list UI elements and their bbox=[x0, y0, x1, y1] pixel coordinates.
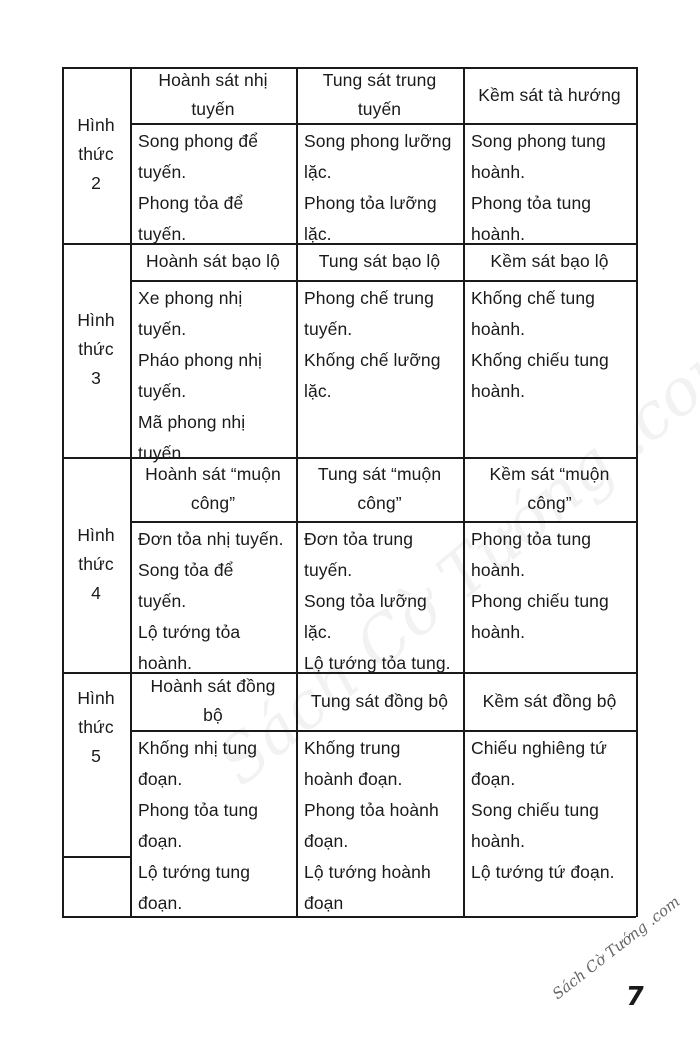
body-cell: Phong tỏa tunghoành.Phong chiếu tunghoàn… bbox=[463, 523, 636, 648]
cell-line: Kềm sát đồng bộ bbox=[483, 687, 617, 716]
cell-line: thức bbox=[62, 140, 130, 169]
cell-line: Phong tỏa hoành bbox=[304, 795, 463, 826]
strategy-table: Hìnhthức2Hoành sát nhịtuyếnTung sát trun… bbox=[62, 67, 636, 916]
header-text: Kềm sát tà hướng bbox=[478, 81, 621, 110]
body-cell: Khống trunghoành đoạn.Phong tỏa hoànhđoạ… bbox=[296, 732, 463, 919]
body-cell: Song phong tunghoành.Phong tỏa tunghoành… bbox=[463, 125, 636, 250]
cell-line: đoạn bbox=[304, 888, 463, 919]
column-header: Tung sát “muộncông” bbox=[296, 457, 463, 521]
cell-line: tuyến bbox=[323, 95, 437, 124]
cell-line: Đơn tỏa trung bbox=[304, 524, 463, 555]
table-right-border bbox=[636, 67, 638, 917]
cell-line: Xe phong nhị bbox=[138, 283, 296, 314]
cell-line: thức bbox=[62, 335, 130, 364]
column-header: Tung sát đồng bộ bbox=[296, 672, 463, 730]
cell-line: Phong chế trung bbox=[304, 283, 463, 314]
cell-line: tuyến. bbox=[138, 314, 296, 345]
cell-line: Pháo phong nhị bbox=[138, 345, 296, 376]
cell-line: Tung sát bạo lộ bbox=[319, 247, 441, 276]
header-text: Kềm sát bạo lộ bbox=[490, 247, 608, 276]
cell-line: tuyến bbox=[158, 95, 267, 124]
cell-line: tuyến. bbox=[304, 314, 463, 345]
column-header: Kềm sát “muộncông” bbox=[463, 457, 636, 521]
cell-line: Tung sát đồng bộ bbox=[311, 687, 448, 716]
cell-line: hoành. bbox=[471, 555, 636, 586]
cell-line: 5 bbox=[62, 742, 130, 771]
label-split-line bbox=[62, 856, 130, 858]
cell-line: lặc. bbox=[304, 376, 463, 407]
cell-line: Phong chiếu tung bbox=[471, 586, 636, 617]
cell-line: tuyến. bbox=[304, 555, 463, 586]
cell-line: Song phong để bbox=[138, 126, 296, 157]
cell-line: công” bbox=[490, 489, 610, 518]
cell-line: tuyến. bbox=[138, 586, 296, 617]
cell-line: hoành. bbox=[471, 617, 636, 648]
header-text: Kềm sát “muộncông” bbox=[490, 460, 610, 518]
cell-line: Kềm sát tà hướng bbox=[478, 81, 621, 110]
cell-line: bộ bbox=[151, 701, 276, 730]
body-cell: Đơn tỏa trungtuyến.Song tỏa lưỡnglặc.Lộ … bbox=[296, 523, 463, 679]
cell-line: Kềm sát “muộn bbox=[490, 460, 610, 489]
cell-line: Song phong tung bbox=[471, 126, 636, 157]
cell-line: Hoành sát đồng bbox=[151, 672, 276, 701]
cell-line: thức bbox=[62, 713, 130, 742]
column-header: Kềm sát tà hướng bbox=[463, 67, 636, 123]
cell-line: 2 bbox=[62, 169, 130, 198]
body-cell: Xe phong nhịtuyến.Pháo phong nhịtuyến.Mã… bbox=[130, 282, 296, 469]
cell-line: Đơn tỏa nhị tuyến. bbox=[138, 524, 296, 555]
header-text: Tung sát “muộncông” bbox=[318, 460, 441, 518]
cell-line: đoạn. bbox=[304, 826, 463, 857]
body-cell: Song phong đểtuyến.Phong tỏa đểtuyến. bbox=[130, 125, 296, 250]
cell-line: hoành. bbox=[471, 826, 636, 857]
column-header: Kềm sát đồng bộ bbox=[463, 672, 636, 730]
cell-line: Khống nhị tung bbox=[138, 733, 296, 764]
column-header: Hoành sát đồngbộ bbox=[130, 672, 296, 730]
body-cell: Phong chế trungtuyến.Khống chế lưỡnglặc. bbox=[296, 282, 463, 407]
cell-line: Hình bbox=[62, 521, 130, 550]
cell-line: Hoành sát bạo lộ bbox=[146, 247, 280, 276]
cell-line: Lộ tướng tỏa bbox=[138, 617, 296, 648]
cell-line: Phong tỏa lưỡng bbox=[304, 188, 463, 219]
cell-line: Khống chế tung bbox=[471, 283, 636, 314]
cell-line: đoạn. bbox=[138, 764, 296, 795]
cell-line: lặc. bbox=[304, 157, 463, 188]
header-text: Tung sát đồng bộ bbox=[311, 687, 448, 716]
cell-line: Hình bbox=[62, 111, 130, 140]
column-header: Hoành sát nhịtuyến bbox=[130, 67, 296, 123]
cell-line: Hoành sát “muộn bbox=[145, 460, 281, 489]
cell-line: Tung sát trung bbox=[323, 66, 437, 95]
section-label: Hìnhthức5 bbox=[62, 684, 130, 771]
cell-line: công” bbox=[145, 489, 281, 518]
cell-line: Song phong lưỡng bbox=[304, 126, 463, 157]
header-text: Hoành sát “muộncông” bbox=[145, 460, 281, 518]
cell-line: Mã phong nhị bbox=[138, 407, 296, 438]
cell-line: Tung sát “muộn bbox=[318, 460, 441, 489]
body-cell: Đơn tỏa nhị tuyến.Song tỏa đểtuyến.Lộ tư… bbox=[130, 523, 296, 679]
cell-line: hoành. bbox=[471, 314, 636, 345]
section-label: Hìnhthức2 bbox=[62, 111, 130, 198]
book-page: Sách Cờ Tướng .com Hìnhthức2Hoành sát nh… bbox=[0, 0, 700, 1050]
cell-line: Song tỏa để bbox=[138, 555, 296, 586]
cell-line: Phong tỏa tung bbox=[138, 795, 296, 826]
cell-line: Chiếu nghiêng tứ bbox=[471, 733, 636, 764]
cell-line: Hoành sát nhị bbox=[158, 66, 267, 95]
cell-line: Phong tỏa để bbox=[138, 188, 296, 219]
body-cell: Khống chế tunghoành.Khống chiếu tunghoàn… bbox=[463, 282, 636, 407]
cell-line: Phong tỏa tung bbox=[471, 524, 636, 555]
cell-line: thức bbox=[62, 550, 130, 579]
body-cell: Chiếu nghiêng tứđoạn.Song chiếu tunghoàn… bbox=[463, 732, 636, 888]
cell-line: 3 bbox=[62, 364, 130, 393]
cell-line: Khống trung bbox=[304, 733, 463, 764]
cell-line: lặc. bbox=[304, 617, 463, 648]
cell-line: Kềm sát bạo lộ bbox=[490, 247, 608, 276]
cell-line: Song tỏa lưỡng bbox=[304, 586, 463, 617]
cell-line: Lộ tướng hoành bbox=[304, 857, 463, 888]
cell-line: Lộ tướng tung bbox=[138, 857, 296, 888]
header-text: Kềm sát đồng bộ bbox=[483, 687, 617, 716]
header-text: Tung sát trungtuyến bbox=[323, 66, 437, 124]
cell-line: đoạn. bbox=[138, 888, 296, 919]
section-label: Hìnhthức3 bbox=[62, 306, 130, 393]
header-text: Tung sát bạo lộ bbox=[319, 247, 441, 276]
cell-line: đoạn. bbox=[138, 826, 296, 857]
column-header: Hoành sát “muộncông” bbox=[130, 457, 296, 521]
cell-line: hoành. bbox=[471, 157, 636, 188]
header-text: Hoành sát nhịtuyến bbox=[158, 66, 267, 124]
column-header: Tung sát bạo lộ bbox=[296, 243, 463, 280]
cell-line: Hình bbox=[62, 306, 130, 335]
cell-line: công” bbox=[318, 489, 441, 518]
header-text: Hoành sát đồngbộ bbox=[151, 672, 276, 730]
body-cell: Khống nhị tungđoạn.Phong tỏa tungđoạn.Lộ… bbox=[130, 732, 296, 919]
cell-line: đoạn. bbox=[471, 764, 636, 795]
cell-line: hoành. bbox=[471, 376, 636, 407]
cell-line: Phong tỏa tung bbox=[471, 188, 636, 219]
cell-line: Hình bbox=[62, 684, 130, 713]
cell-line: tuyến. bbox=[138, 376, 296, 407]
body-cell: Song phong lưỡnglặc.Phong tỏa lưỡnglặc. bbox=[296, 125, 463, 250]
page-number: 7 bbox=[624, 982, 646, 1012]
header-text: Hoành sát bạo lộ bbox=[146, 247, 280, 276]
cell-line: hoành đoạn. bbox=[304, 764, 463, 795]
cell-line: Khống chế lưỡng bbox=[304, 345, 463, 376]
column-header: Tung sát trungtuyến bbox=[296, 67, 463, 123]
column-header: Kềm sát bạo lộ bbox=[463, 243, 636, 280]
cell-line: Song chiếu tung bbox=[471, 795, 636, 826]
cell-line: Khống chiếu tung bbox=[471, 345, 636, 376]
cell-line: 4 bbox=[62, 579, 130, 608]
cell-line: tuyến. bbox=[138, 157, 296, 188]
section-label: Hìnhthức4 bbox=[62, 521, 130, 608]
cell-line: Lộ tướng tứ đoạn. bbox=[471, 857, 636, 888]
column-header: Hoành sát bạo lộ bbox=[130, 243, 296, 280]
